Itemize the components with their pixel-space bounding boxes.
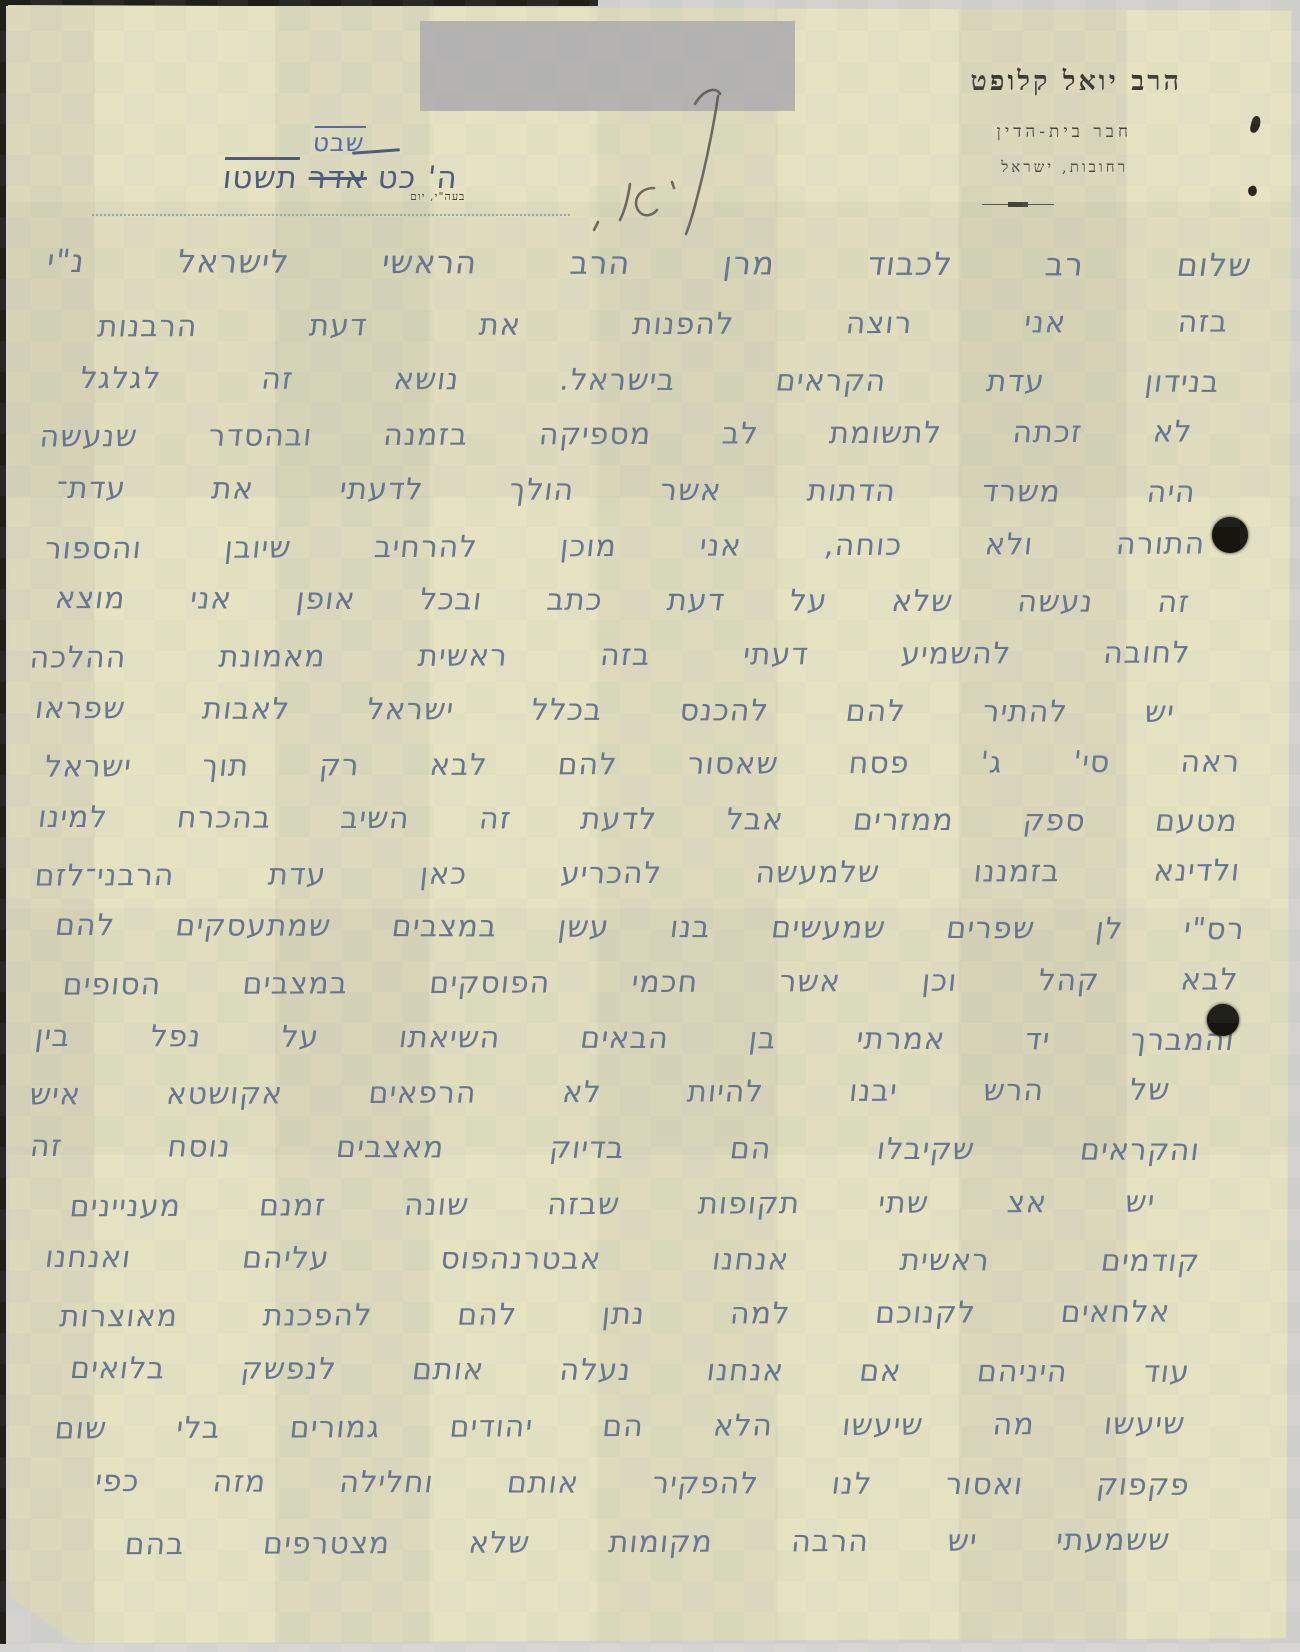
handwritten-line: לא זכתה לתשומת לב מספיקה בזמנה ובהסדר שנ… <box>37 409 1194 460</box>
date-day: ה' כט <box>376 160 460 196</box>
handwritten-line: ראה סי' ג' פסח שאסור להם לבא רק תוך ישרא… <box>42 739 1242 790</box>
handwritten-line: מטעם ספק ממזרים אבל לדעת זה השיב בהכרח ל… <box>35 795 1240 845</box>
letterhead-divider <box>982 204 1054 205</box>
handwritten-line: קודמים ראשית אנחנו אבטרנהפוס עליהם ואנחנ… <box>42 1235 1202 1285</box>
letterhead-title: חבר בית-הדין <box>996 122 1132 142</box>
handwritten-line: עוד היניהם אם אנחנו נעלה אותם לנפשק בלוא… <box>67 1346 1192 1396</box>
handwritten-line: רס"י לן שפרים שמעשים בנו עשן במצבים שמתע… <box>52 903 1247 953</box>
scan-edge-left <box>0 0 6 1652</box>
handwritten-line: של הרש יבנו להיות לא הרפאים אקושטא איש <box>27 1068 1172 1119</box>
handwritten-line: לחובה להשמיע דעתי בזה ראשית מאמונת ההלכה <box>27 630 1192 681</box>
scan-edge-top <box>0 0 598 6</box>
handwritten-line: בנידון עדת הקראים בישראל. נושא זה לגלגל <box>77 356 1222 406</box>
handwritten-line: אלחאים לקנוכם למה נתן להם להפכנת מאוצרות <box>57 1290 1172 1341</box>
handwritten-line: והמברך יד אמרתי בן הבאים השיאתו על נפל ב… <box>32 1014 1237 1064</box>
ink-scribble <box>578 72 748 237</box>
letterhead-name: הרב יואל קלופט <box>970 66 1182 97</box>
hole-punch <box>1212 517 1248 553</box>
date-crossed-word: אדר <box>307 160 369 196</box>
handwritten-line: יש להתיר להם להכנס בכלל ישראל לאבות שפרא… <box>32 686 1177 736</box>
handwritten-line: התורה ולא כוחה, אני מוכן להרחיב שיובן וה… <box>42 521 1207 572</box>
handwritten-line: יש אצ שתי תקופות שבזה שונה זמנם מעניינים <box>67 1180 1157 1231</box>
handwritten-date: ה' כט אדר תשטו <box>221 160 460 196</box>
letterhead-location: רחובות, ישראל <box>1001 158 1128 177</box>
handwritten-line: לבא קהל וכן אשר חכמי הפוסקים במצבים הסופ… <box>60 957 1240 1008</box>
handwritten-line: ולדינא בזמננו שלמעשה להכריע כאן עדת הרבנ… <box>32 848 1242 899</box>
hole-punch <box>1207 1004 1239 1036</box>
date-dotted-line <box>92 200 570 216</box>
handwritten-line: ששמעתי יש הרבה מקומות שלא מצטרפים בהם <box>122 1518 1172 1569</box>
handwritten-line: בזה אני רוצה להפנות את דעת הרבנות <box>95 300 1230 351</box>
handwritten-line: והקראים שקיבלו הם בדיוק מאצבים נוסח זה <box>27 1124 1202 1174</box>
handwritten-line: פקפוק ואסור לנו להפקיר אותם וחלילה מזה כ… <box>92 1459 1192 1509</box>
handwritten-line: שיעשו מה שיעשו הלא הם יהודים גמורים בלי … <box>52 1402 1187 1453</box>
handwritten-line: היה משרד הדתות אשר הולך לדעתי את עדת־ <box>53 466 1198 516</box>
handwritten-line: זה נעשה שלא על דעת כתב ובכל אופן אני מוצ… <box>52 576 1192 626</box>
scan-edge-bottom <box>0 1644 1300 1652</box>
scanned-letter-page: הרב יואל קלופט חבר בית-הדין רחובות, ישרא… <box>0 0 1300 1652</box>
handwritten-line: שלום רב לכבוד מרן הרב הראשי לישראל נ"י <box>44 238 1254 288</box>
date-year: תשטו <box>221 160 300 196</box>
